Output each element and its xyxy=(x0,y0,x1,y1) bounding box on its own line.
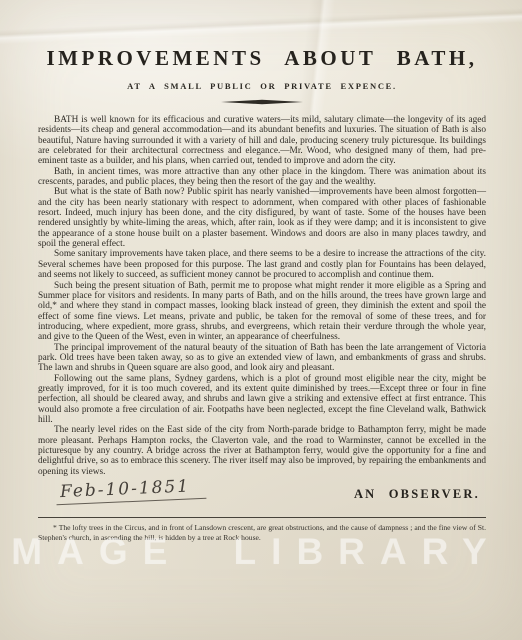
body-paragraph: BATH is well known for its efficacious a… xyxy=(38,115,486,167)
body-paragraph: Some sanitary improvements have taken pl… xyxy=(38,249,486,280)
body-paragraph: But what is the state of Bath now? Publi… xyxy=(38,187,486,249)
body-paragraph: Bath, in ancient times, was more attract… xyxy=(38,167,486,188)
author-signature: AN OBSERVER. xyxy=(354,487,480,502)
document-body: BATH is well known for its efficacious a… xyxy=(38,115,486,477)
footnote-divider xyxy=(38,517,486,518)
footnote: * The lofty trees in the Circus, and in … xyxy=(38,523,486,542)
document-content: IMPROVEMENTS ABOUT BATH, AT A SMALL PUBL… xyxy=(0,0,522,640)
handwritten-date: Feb-10-1851 xyxy=(56,476,207,506)
body-paragraph: The principal improvement of the natural… xyxy=(38,343,486,374)
signature-row: Feb-10-1851 AN OBSERVER. xyxy=(38,479,486,515)
page-subtitle: AT A SMALL PUBLIC OR PRIVATE EXPENCE. xyxy=(38,81,486,91)
body-paragraph: Following out the same plans, Sydney gar… xyxy=(38,374,486,426)
swelled-rule-ornament xyxy=(38,99,486,105)
body-paragraph: The nearly level rides on the East side … xyxy=(38,425,486,477)
body-paragraph: Such being the present situation of Bath… xyxy=(38,281,486,343)
page-title: IMPROVEMENTS ABOUT BATH, xyxy=(38,46,486,71)
document-page: IMPROVEMENTS ABOUT BATH, AT A SMALL PUBL… xyxy=(0,0,522,640)
